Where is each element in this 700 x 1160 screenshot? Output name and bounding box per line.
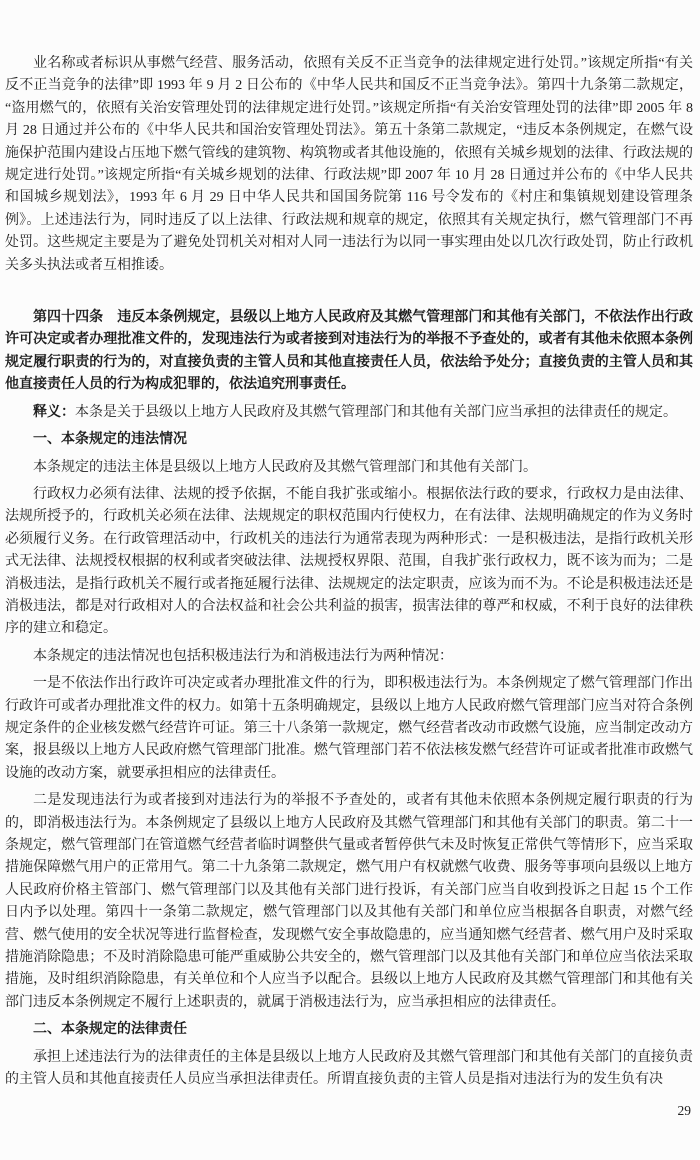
article-44-paragraph: 第四十四条违反本条例规定，县级以上地方人民政府及其燃气管理部门和其他有关部门，不… <box>5 307 693 397</box>
section-2-paragraph-1: 承担上述违法行为的法律责任的主体是县级以上地方人民政府及其燃气管理部门和其他有关… <box>5 1047 693 1092</box>
interpretation-paragraph: 释义：本条是关于县级以上地方人民政府及其燃气管理部门和其他有关部门应当承担的法律… <box>5 402 693 424</box>
section-1-paragraph-3: 本条规定的违法情况也包括积极违法行为和消极违法行为两种情况： <box>5 646 693 668</box>
interpretation-text: 本条是关于县级以上地方人民政府及其燃气管理部门和其他有关部门应当承担的法律责任的… <box>75 405 677 420</box>
section-1-paragraph-2: 行政权力必须有法律、法规的授予依据，不能自我扩张或缩小。根据依法行政的要求，行政… <box>5 484 693 641</box>
section-2-heading: 二、本条规定的法律责任 <box>5 1019 693 1041</box>
section-1-heading: 一、本条规定的违法情况 <box>5 429 693 451</box>
section-1-paragraph-4: 一是不依法作出行政许可决定或者办理批准文件的行为，即积极违法行为。本条例规定了燃… <box>5 673 693 785</box>
section-1-paragraph-5: 二是发现违法行为或者接到对违法行为的举报不予查处的，或者有其他未依照本条例规定履… <box>5 790 693 1014</box>
page-number: 29 <box>678 1102 692 1120</box>
article-text: 违反本条例规定，县级以上地方人民政府及其燃气管理部门和其他有关部门，不依法作出行… <box>5 310 693 392</box>
document-page: 业名称或者标识从事燃气经营、服务活动，依照有关反不正当竞争的法律规定进行处罚。”… <box>0 0 700 1091</box>
interpretation-label: 释义： <box>33 405 75 420</box>
continuation-paragraph: 业名称或者标识从事燃气经营、服务活动，依照有关反不正当竞争的法律规定进行处罚。”… <box>5 53 693 277</box>
article-number: 第四十四条 <box>33 310 103 325</box>
section-1-paragraph-1: 本条规定的违法主体是县级以上地方人民政府及其燃气管理部门和其他有关部门。 <box>5 457 693 479</box>
